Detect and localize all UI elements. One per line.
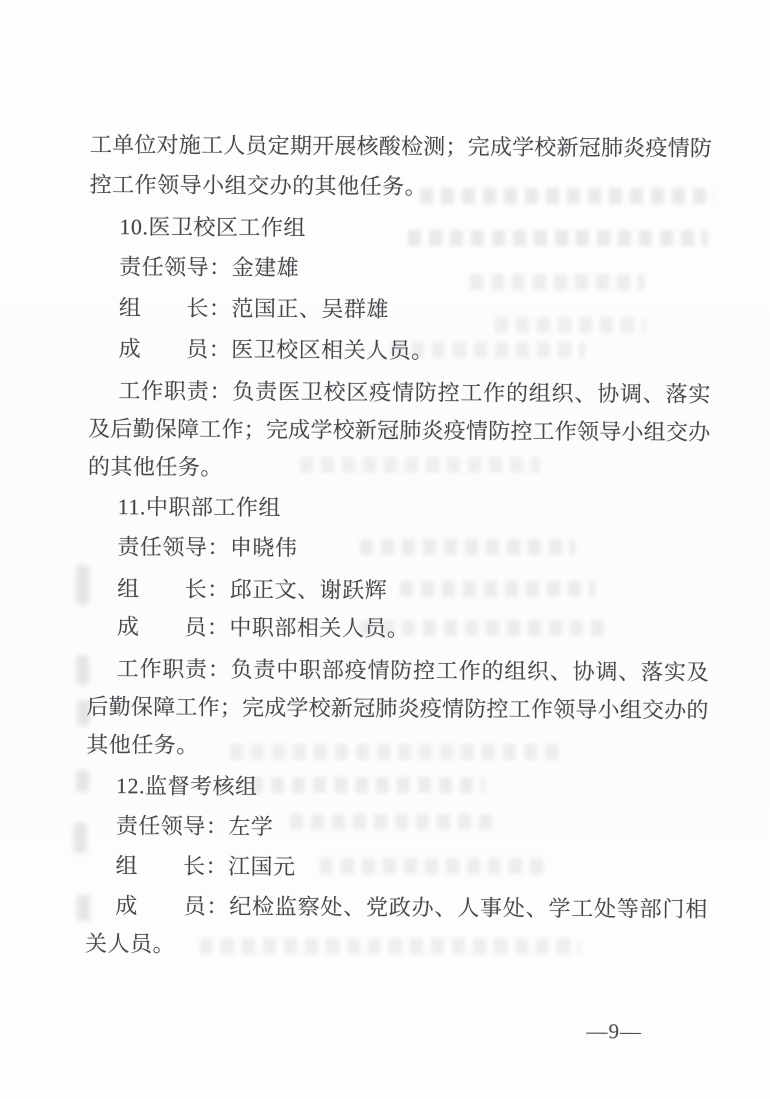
page-number: —9— [586,1017,642,1045]
section-12-members-line: 关人员。 [85,929,707,963]
intro-paragraph-line: 工单位对施工人员定期开展核酸检测；完成学校新冠肺炎疫情防 [90,130,712,164]
section-10-heading: 10.医卫校区工作组 [89,212,711,246]
section-11-heading: 11.中职部工作组 [88,492,710,526]
section-12-heading: 12.监督考核组 [86,771,708,805]
section-12-leader-line: 责任领导：左学 [86,811,708,845]
section-10-duty-line: 的其他任务。 [88,452,710,486]
document-body: 工单位对施工人员定期开展核酸检测；完成学校新冠肺炎疫情防 控工作领导小组交办的其… [0,0,770,1099]
section-12-head-line: 组 长：江国元 [85,851,707,885]
section-10-head-line: 组 长：范国正、吴群雄 [89,293,711,327]
scanned-document-page: 工单位对施工人员定期开展核酸检测；完成学校新冠肺炎疫情防 控工作领导小组交办的其… [0,0,770,1099]
section-10-duty-line: 工作职责：负责医卫校区疫情防控工作的组织、协调、落实 [88,376,710,410]
section-11-duty-line: 后勤保障工作；完成学校新冠肺炎疫情防控工作领导小组交办的 [86,692,708,726]
section-11-duty-line: 其他任务。 [86,730,708,764]
intro-paragraph-line: 控工作领导小组交办的其他任务。 [90,170,712,204]
section-11-head-line: 组 长：邱正文、谢跃辉 [87,574,709,608]
section-11-members-line: 成 员：中职部相关人员。 [87,612,709,646]
section-10-duty-line: 及后勤保障工作；完成学校新冠肺炎疫情防控工作领导小组交办 [88,414,710,448]
section-12-members-line: 成 员：纪检监察处、党政办、人事处、学工处等部门相 [85,891,707,925]
section-10-leader-line: 责任领导：金建雄 [89,252,711,286]
section-11-leader-line: 责任领导：申晓伟 [87,532,709,566]
section-11-duty-line: 工作职责：负责中职部疫情防控工作的组织、协调、落实及 [87,654,709,688]
section-10-members-line: 成 员：医卫校区相关人员。 [89,334,711,368]
